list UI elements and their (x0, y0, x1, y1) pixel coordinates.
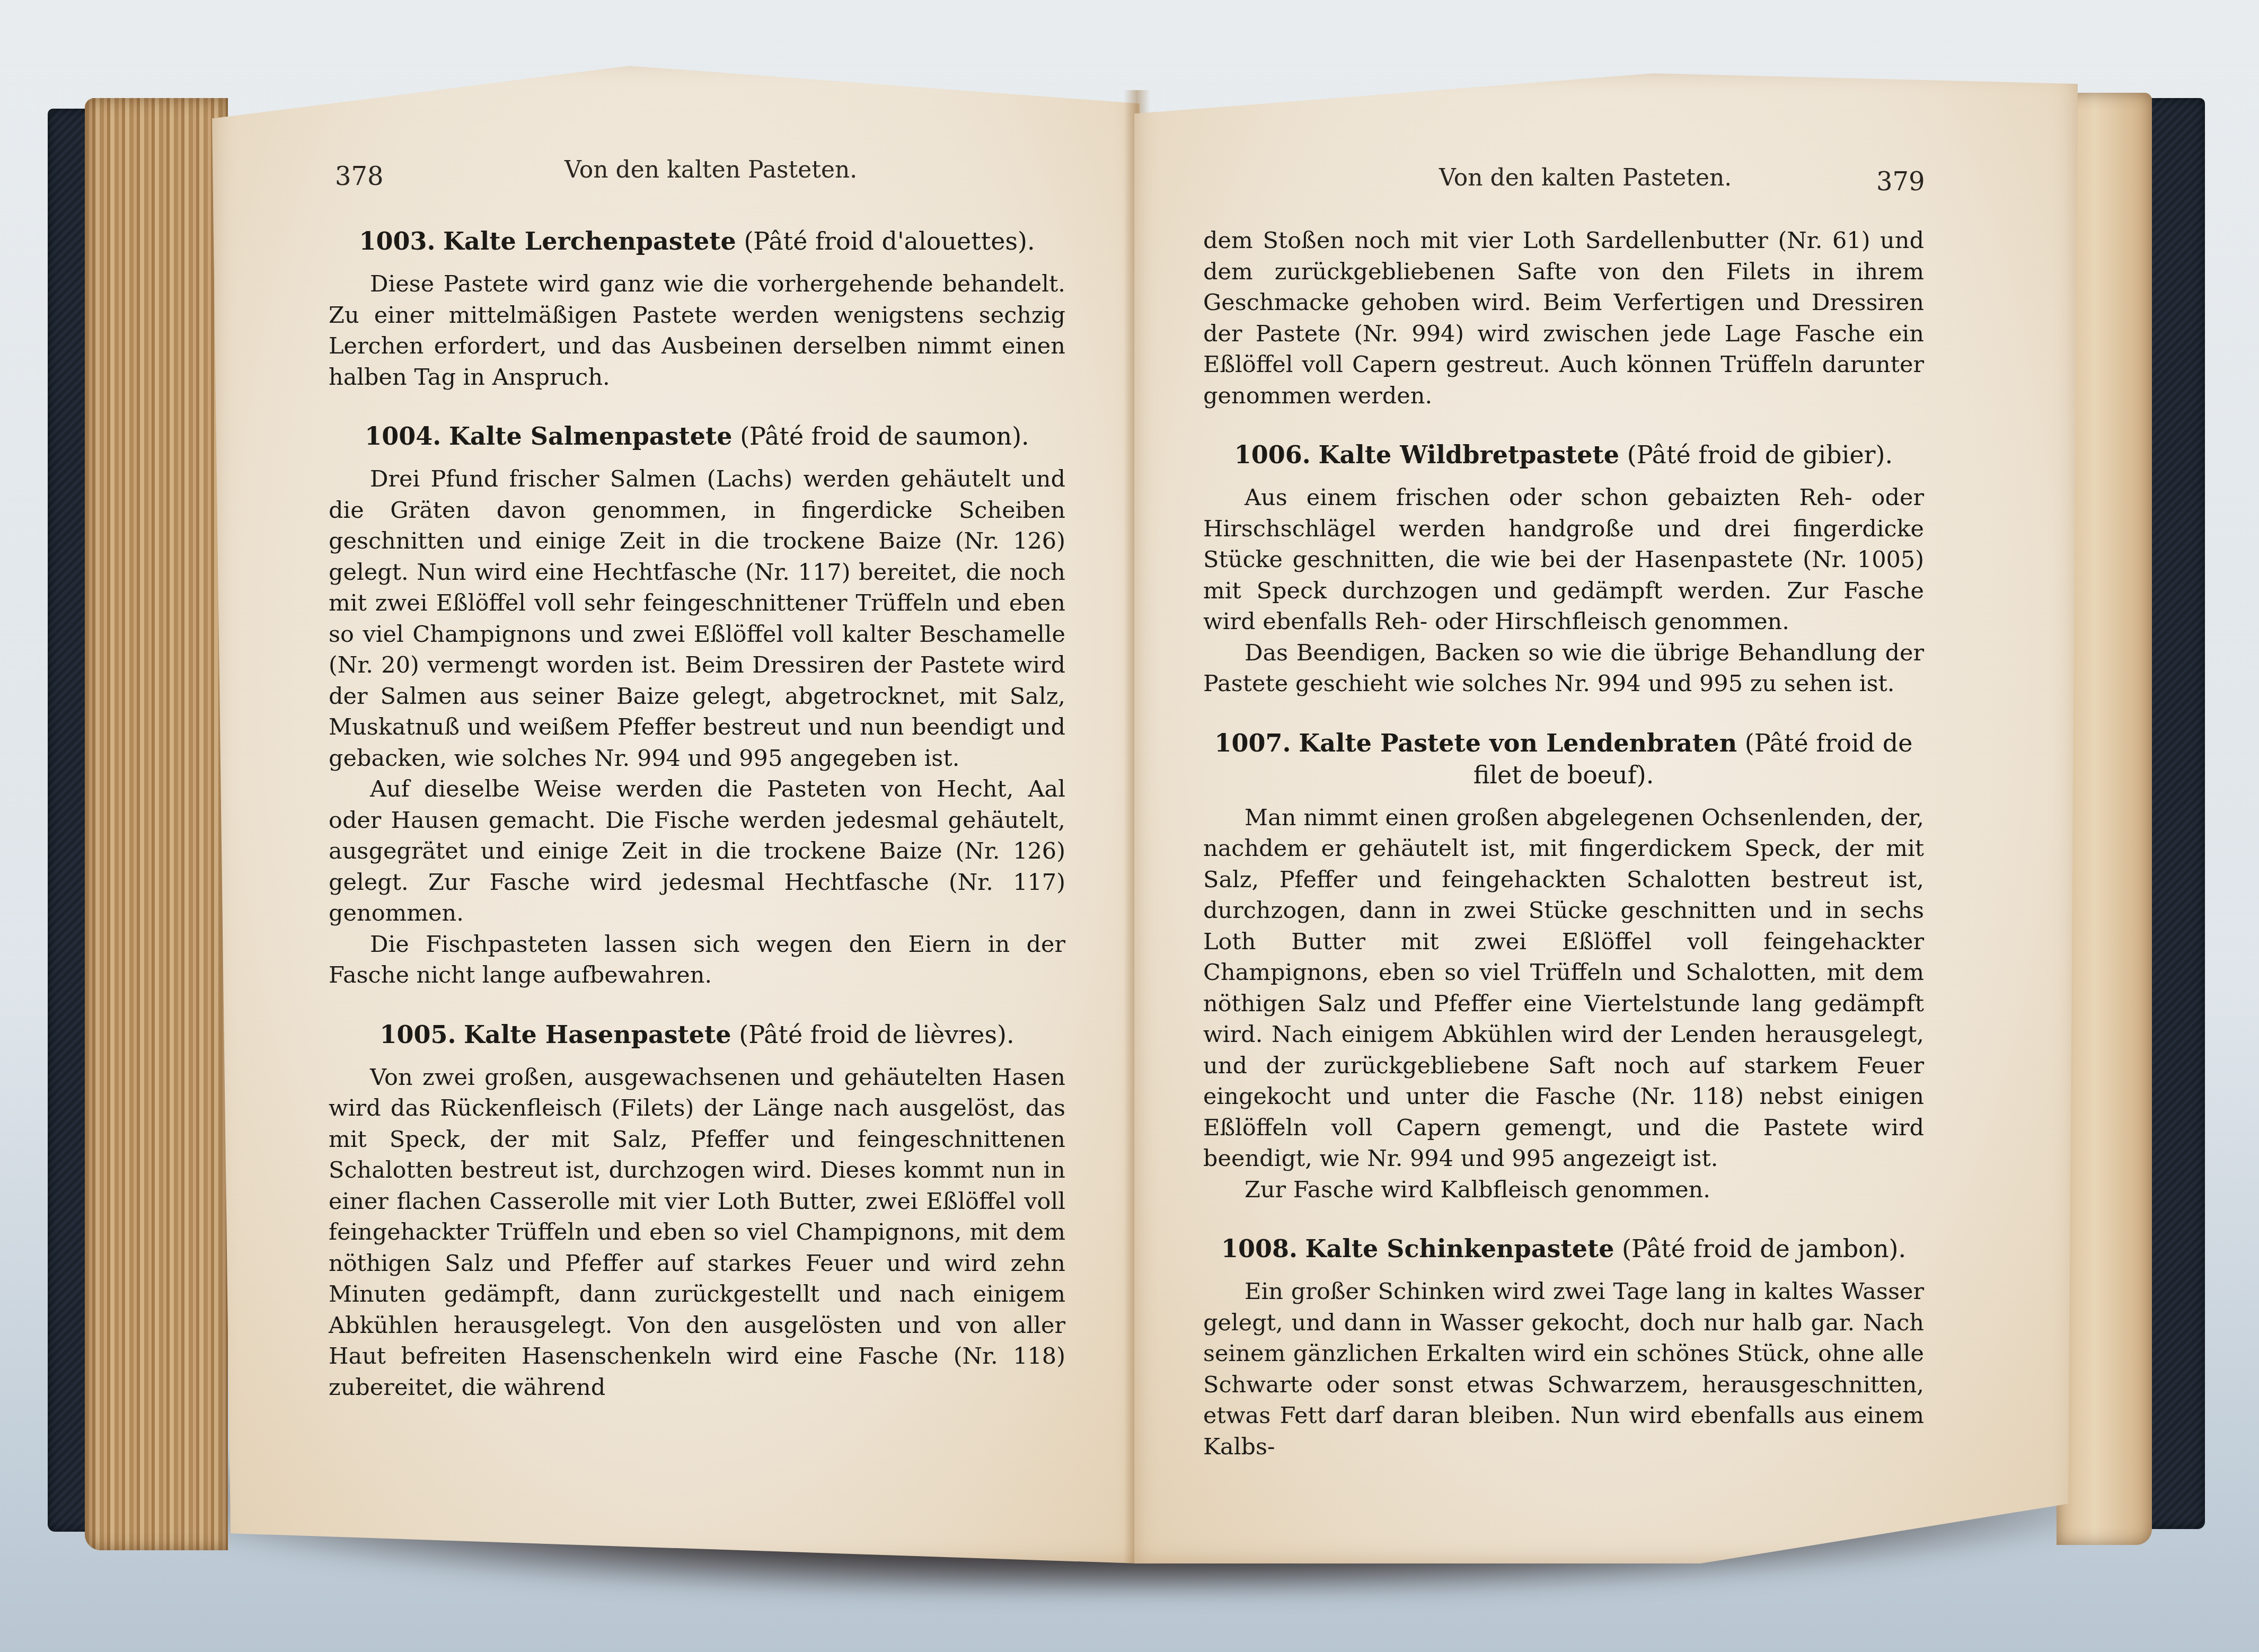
recipe-1007: 1007. Kalte Pastete von Lendenbraten (Pâ… (1203, 727, 1924, 1206)
recipe-1008: 1008. Kalte Schinkenpastete (Pâté froid … (1203, 1233, 1924, 1462)
recipe-heading: 1007. Kalte Pastete von Lendenbraten (Pâ… (1203, 727, 1924, 791)
recipe-paragraph: Man nimmt einen großen abgelegenen Ochse… (1203, 802, 1924, 1174)
page-edges-left (85, 98, 228, 1550)
recipe-paragraph: Drei Pfund frischer Salmen (Lachs) werde… (329, 464, 1065, 774)
recipe-paragraph: Zur Fasche wird Kalbfleisch genommen. (1203, 1174, 1924, 1206)
recipe-paragraph: Das Beendigen, Backen so wie die übrige … (1203, 638, 1924, 700)
continuation-paragraph: dem Stoßen noch mit vier Loth Sardellenb… (1203, 225, 1924, 411)
recipe-paragraph: Aus einem frischen oder schon gebaizten … (1203, 482, 1924, 638)
recipe-1003: 1003. Kalte Lerchenpastete (Pâté froid d… (329, 225, 1065, 393)
recipe-1005: 1005. Kalte Hasenpastete (Pâté froid de … (329, 1019, 1065, 1403)
running-head-right: Von den kalten Pasteten. (1439, 164, 1732, 191)
recipe-heading: 1005. Kalte Hasenpastete (Pâté froid de … (329, 1019, 1065, 1050)
left-page-body: 1003. Kalte Lerchenpastete (Pâté froid d… (329, 225, 1065, 1403)
recipe-heading: 1003. Kalte Lerchenpastete (Pâté froid d… (329, 225, 1065, 257)
recipe-paragraph: Von zwei großen, ausgewachsenen und gehä… (329, 1062, 1065, 1403)
recipe-paragraph: Ein großer Schinken wird zwei Tage lang … (1203, 1276, 1924, 1462)
running-head-left: Von den kalten Pasteten. (564, 156, 857, 183)
page-number-right: 379 (1876, 167, 1925, 197)
page-number-left: 378 (335, 162, 384, 191)
recipe-1006: 1006. Kalte Wildbretpastete (Pâté froid … (1203, 439, 1924, 700)
recipe-heading: 1006. Kalte Wildbretpastete (Pâté froid … (1203, 439, 1924, 471)
recipe-paragraph: Auf dieselbe Weise werden die Pasteten v… (329, 774, 1065, 929)
right-page-body: dem Stoßen noch mit vier Loth Sardellenb… (1203, 225, 1924, 1462)
book-photo: 378 Von den kalten Pasteten. 1003. Kalte… (0, 0, 2259, 1652)
recipe-1004: 1004. Kalte Salmenpastete (Pâté froid de… (329, 420, 1065, 991)
recipe-heading: 1008. Kalte Schinkenpastete (Pâté froid … (1203, 1233, 1924, 1265)
recipe-paragraph: Die Fischpasteten lassen sich wegen den … (329, 929, 1065, 991)
recipe-paragraph: Diese Pastete wird ganz wie die vorherge… (329, 269, 1065, 393)
recipe-heading: 1004. Kalte Salmenpastete (Pâté froid de… (329, 420, 1065, 452)
